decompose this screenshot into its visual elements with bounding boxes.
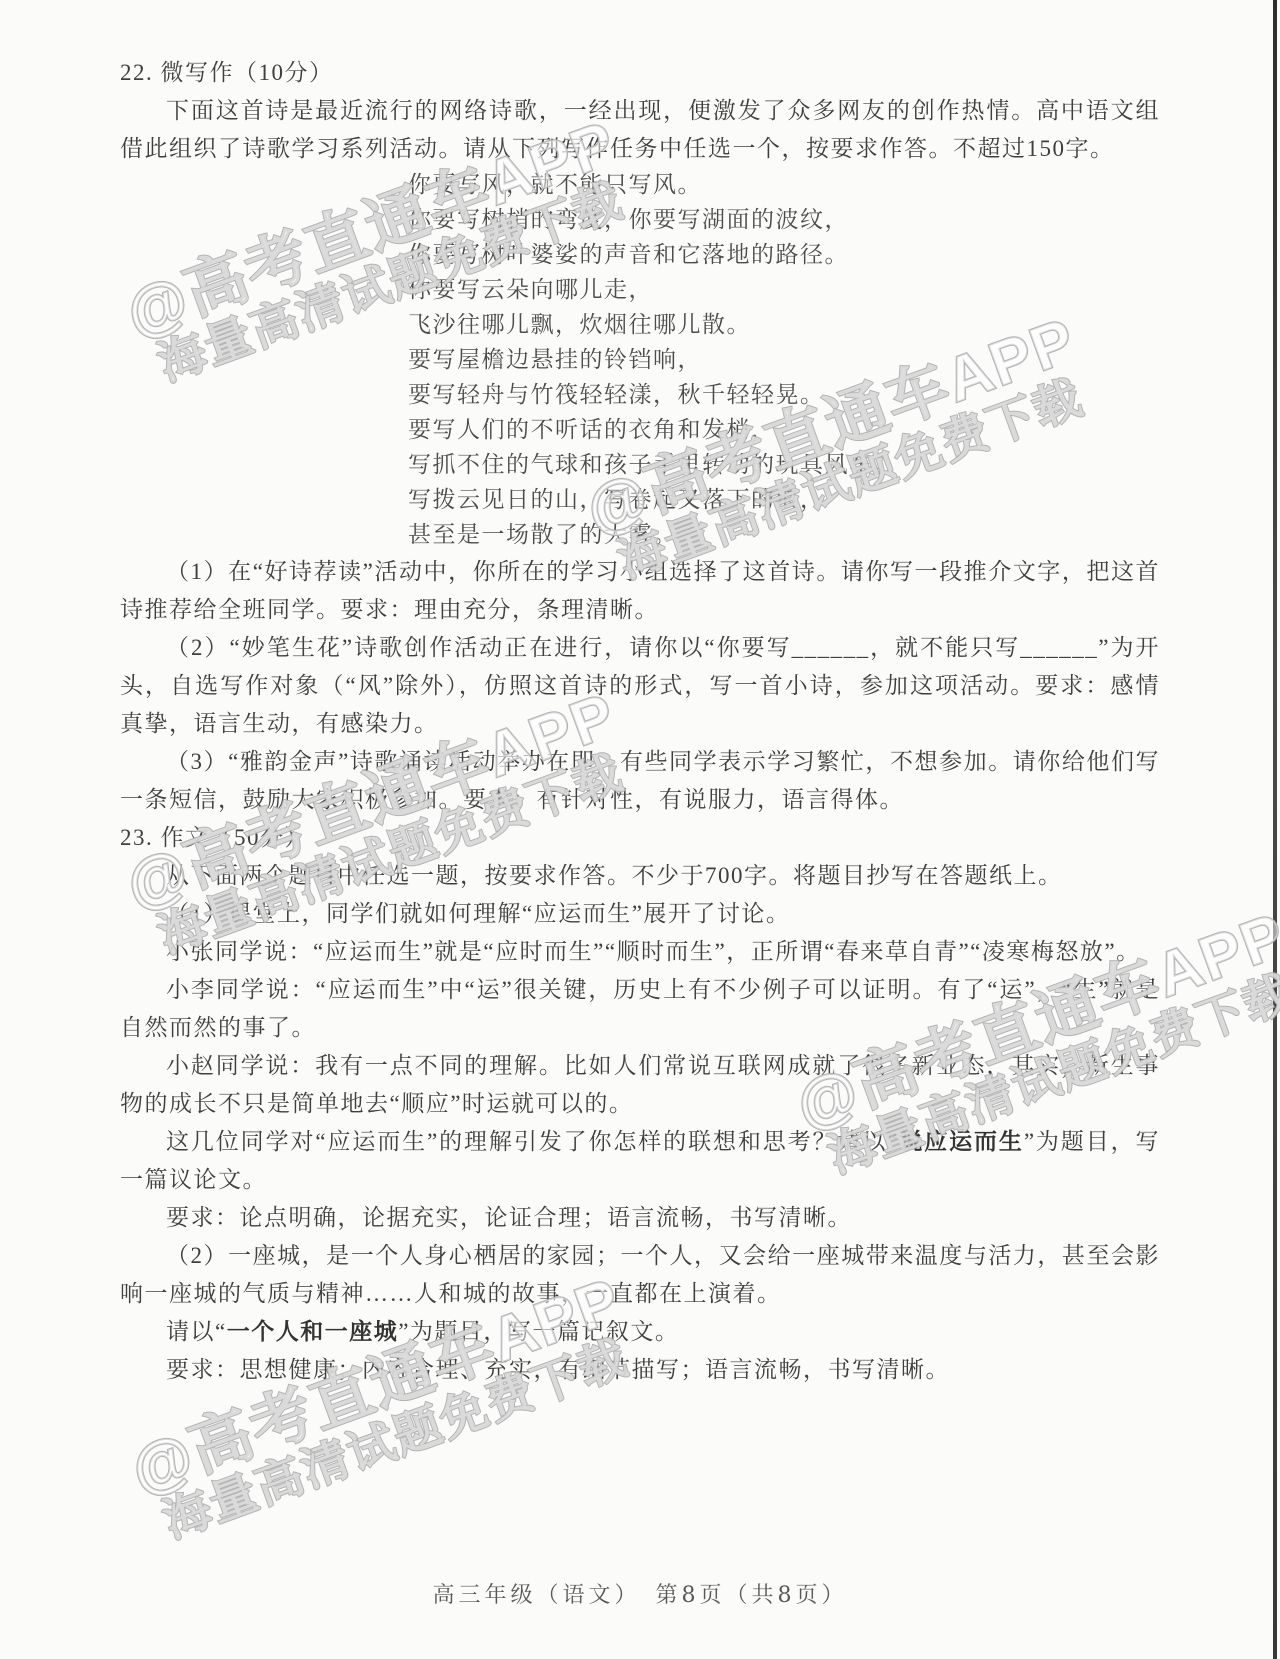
q22-intro: 下面这首诗是最近流行的网络诗歌，一经出现，便激发了众多网友的创作热情。高中语文组… <box>120 92 1160 168</box>
q23-option1-lead: （1）课堂上，同学们就如何理解“应运而生”展开了讨论。 <box>120 895 1160 933</box>
poem-line: 你要写树梢的弯度，你要写湖面的波纹， <box>408 203 1160 238</box>
scan-edge-line <box>1273 0 1277 1659</box>
q23-option1-requirements: 要求：论点明确，论据充实，论证合理；语言流畅，书写清晰。 <box>120 1199 1160 1237</box>
q23-intro: 从下面两个题目中任选一题，按要求作答。不少于700字。将题目抄写在答题纸上。 <box>120 857 1160 895</box>
page-footer: 高三年级（语文） 第8页（共8页） <box>0 1578 1280 1609</box>
q23-option2-prompt: 请以“一个人和一座城”为题目，写一篇记叙文。 <box>120 1313 1160 1351</box>
essay-title-2: 一个人和一座城 <box>227 1319 399 1344</box>
q22-task-2: （2）“妙笔生花”诗歌创作活动正在进行，请你以“你要写______，就不能只写_… <box>120 629 1160 743</box>
prompt-prefix: 请以“ <box>166 1319 227 1344</box>
q23-heading: 23. 作文（50分） <box>120 819 1160 857</box>
student-li-remark: 小李同学说：“应运而生”中“运”很关键，历史上有不少例子可以证明。有了“运”，“… <box>120 971 1160 1047</box>
prompt-suffix: ”为题目，写一篇记叙文。 <box>398 1319 679 1344</box>
poem-line: 写拨云见日的山，写卷起又落下的浪， <box>408 483 1160 518</box>
exam-content: 22. 微写作（10分） 下面这首诗是最近流行的网络诗歌，一经出现，便激发了众多… <box>120 54 1160 1389</box>
poem-line: 飞沙往哪儿飘，炊烟往哪儿散。 <box>408 308 1160 343</box>
q23-option1-prompt: 这几位同学对“应运而生”的理解引发了你怎样的联想和思考？请以“说应运而生”为题目… <box>120 1123 1160 1199</box>
poem-line: 要写轻舟与竹筏轻轻漾，秋千轻轻晃。 <box>408 378 1160 413</box>
student-zhang-remark: 小张同学说：“应运而生”就是“应时而生”“顺时而生”，正所谓“春来草自青”“凌寒… <box>120 933 1160 971</box>
poem-line: 甚至是一场散了的大雾。 <box>408 518 1160 553</box>
prompt-prefix: 这几位同学对“应运而生”的理解引发了你怎样的联想和思考？请以“ <box>166 1129 899 1154</box>
poem-line: 要写屋檐边悬挂的铃铛响， <box>408 343 1160 378</box>
poem: 你要写风，就不能只写风。 你要写树梢的弯度，你要写湖面的波纹， 你要写树叶婆娑的… <box>408 168 1160 553</box>
poem-line: 写抓不住的气球和孩子手里转动的玩具风车。 <box>408 448 1160 483</box>
q22-heading: 22. 微写作（10分） <box>120 54 1160 92</box>
exam-page: 22. 微写作（10分） 下面这首诗是最近流行的网络诗歌，一经出现，便激发了众多… <box>0 0 1280 1659</box>
essay-title-1: 说应运而生 <box>899 1129 1024 1154</box>
poem-line: 要写人们的不听话的衣角和发梢， <box>408 413 1160 448</box>
poem-line: 你要写云朵向哪儿走， <box>408 273 1160 308</box>
q22-task-1: （1）在“好诗荐读”活动中，你所在的学习小组选择了这首诗。请你写一段推介文字，把… <box>120 553 1160 629</box>
poem-line: 你要写风，就不能只写风。 <box>408 168 1160 203</box>
q22-task-3: （3）“雅韵金声”诗歌诵读活动举办在即，有些同学表示学习繁忙，不想参加。请你给他… <box>120 743 1160 819</box>
student-zhao-remark: 小赵同学说：我有一点不同的理解。比如人们常说互联网成就了很多新业态，其实，新生事… <box>120 1047 1160 1123</box>
q23-option2-requirements: 要求：思想健康；内容合理、充实，有细节描写；语言流畅，书写清晰。 <box>120 1351 1160 1389</box>
q23-option2-lead: （2）一座城，是一个人身心栖居的家园；一个人，又会给一座城带来温度与活力，甚至会… <box>120 1237 1160 1313</box>
poem-line: 你要写树叶婆娑的声音和它落地的路径。 <box>408 238 1160 273</box>
